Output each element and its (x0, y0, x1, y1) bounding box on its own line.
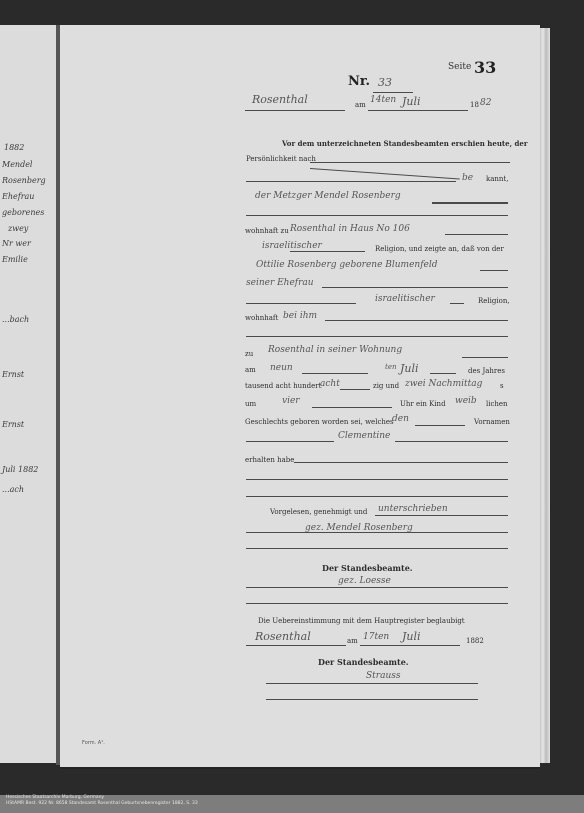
rule (246, 532, 508, 533)
left-page-text: Nr wer (2, 239, 31, 248)
scan-background: 1882 Mendel Rosenberg Ehefrau geborenes … (0, 0, 584, 795)
left-page-text: Ehefrau (2, 192, 34, 201)
rule (462, 357, 508, 358)
mother-name: Ottilie Rosenberg geborene Blumenfeld (256, 260, 438, 270)
rule (246, 645, 346, 646)
rule (266, 699, 478, 700)
rule (322, 287, 508, 288)
rule (450, 303, 464, 304)
am-label: am (355, 101, 366, 109)
left-page-text: Juli 1882 (2, 465, 38, 474)
year-prefix: 18 (470, 101, 479, 109)
year: 82 (480, 98, 491, 108)
s-suffix: s (500, 382, 504, 390)
record-number: 33 (378, 76, 392, 89)
religion-label-2: Religion, (478, 297, 510, 305)
rule (325, 320, 508, 321)
cert-am-label: am (347, 637, 358, 645)
erhalten-label: erhalten habe (245, 456, 294, 464)
birth-day: neun (270, 363, 293, 373)
page-stack-edge (540, 28, 550, 763)
left-page-text: 1882 (4, 143, 24, 152)
record-number-label: Nr. (348, 74, 370, 89)
rule (246, 303, 356, 304)
left-page-text: Ernst (2, 370, 24, 379)
rule (246, 215, 508, 216)
rule (246, 603, 508, 604)
wohnhaft-zu-label: wohnhaft zu (245, 227, 289, 235)
left-page-text: Emilie (2, 255, 28, 264)
rule (246, 587, 508, 588)
standesbeamte-title: Der Standesbeamte. (322, 563, 413, 573)
left-page-text: Rosenberg (2, 176, 46, 185)
left-page: 1882 Mendel Rosenberg Ehefrau geborenes … (0, 25, 58, 763)
rule (246, 336, 508, 337)
cert-day: 17ten (363, 632, 389, 642)
am-label-2: am (245, 366, 256, 374)
zwei-handwritten: zwei Nachmittag (405, 379, 482, 389)
hour: vier (282, 396, 300, 406)
cert-year: 1882 (466, 637, 484, 645)
rule (294, 462, 508, 463)
wohnhaft-bei: bei ihm (283, 311, 317, 321)
rule (246, 548, 508, 549)
page-label: Seite (448, 62, 471, 72)
known-handwritten: be (462, 173, 473, 183)
rule (360, 645, 460, 646)
certification-text: Die Uebereinstimmung mit dem Hauptregist… (258, 617, 465, 625)
official-signature-2: Strauss (366, 671, 400, 681)
rule (266, 683, 478, 684)
birth-month: Juli (400, 362, 419, 375)
uhr-label: Uhr ein Kind (400, 400, 446, 408)
informant-name: der Metzger Mendel Rosenberg (255, 191, 401, 201)
rule (246, 496, 508, 497)
ten-suffix: ten (385, 363, 396, 371)
place: Rosenthal (252, 93, 308, 106)
rule (415, 425, 465, 426)
vornamen-label: Vornamen (474, 418, 510, 426)
person-label: Persönlichkeit nach (246, 155, 316, 163)
geschlechts-label: Geschlechts geboren worden sei, welches (245, 418, 394, 426)
religion-1: israelitischer (262, 241, 322, 251)
welches-handwritten: den (392, 414, 409, 424)
religion-2: israelitischer (375, 294, 435, 304)
child-name: Clementine (338, 431, 390, 441)
rule (373, 92, 413, 93)
rule (290, 251, 365, 252)
left-page-text: ...bach (2, 315, 29, 324)
rule (368, 110, 468, 111)
known-label: kannt, (486, 175, 508, 183)
sex: weib (455, 396, 477, 406)
left-page-text: zwey (8, 224, 28, 233)
month: Juli (402, 95, 421, 108)
residence: Rosenthal in Haus No 106 (290, 224, 410, 234)
left-page-text: Ernst (2, 420, 24, 429)
rule (246, 479, 508, 480)
acht-handwritten: acht (320, 379, 340, 389)
rule (340, 389, 370, 390)
page-number: 33 (474, 58, 496, 77)
lichen-label: lichen (486, 400, 508, 408)
rule (312, 407, 392, 408)
vorgelesen-label: Vorgelesen, genehmigt und (270, 508, 367, 516)
official-signature: gez. Loesse (338, 576, 391, 586)
left-page-text: Mendel (2, 160, 33, 169)
um-label: um (245, 400, 256, 408)
archive-footer: Hessisches Staatsarchiv Marburg, Germany… (0, 795, 584, 813)
cert-month: Juli (402, 630, 421, 643)
zu-label: zu (245, 350, 253, 358)
standesbeamte-title-2: Der Standesbeamte. (318, 657, 409, 667)
rule (310, 162, 510, 163)
day: 14ten (370, 95, 396, 105)
rule (432, 202, 508, 204)
rule (245, 110, 345, 111)
rule (246, 441, 334, 442)
rule (430, 373, 456, 374)
form-stamp: Form. A¹. (82, 740, 105, 746)
religion-label-1: Religion, und zeigte an, daß von der (375, 245, 504, 253)
rule (246, 181, 456, 182)
rule (480, 270, 508, 271)
footer-citation: HStAMR Best. 922 Nr. 8658 Standesamt Ros… (0, 801, 584, 807)
zig-und-label: zig und (373, 382, 399, 390)
rule (375, 515, 508, 516)
unterschrieben-handwritten: unterschrieben (378, 504, 448, 514)
des-jahres-label: des Jahres (468, 367, 505, 375)
rule (302, 373, 368, 374)
wohnhaft-label: wohnhaft (245, 314, 278, 322)
cert-place: Rosenthal (255, 630, 311, 643)
birth-place: Rosenthal in seiner Wohnung (268, 345, 402, 355)
intro-text: Vor dem unterzeichneten Standesbeamten e… (282, 139, 528, 148)
left-page-text: geborenes (2, 208, 44, 217)
tausend-label: tausend acht hundert (245, 382, 321, 390)
left-page-text: ...ach (2, 485, 24, 494)
mother-relation: seiner Ehefrau (246, 278, 314, 288)
rule (395, 441, 508, 442)
rule (445, 234, 508, 235)
